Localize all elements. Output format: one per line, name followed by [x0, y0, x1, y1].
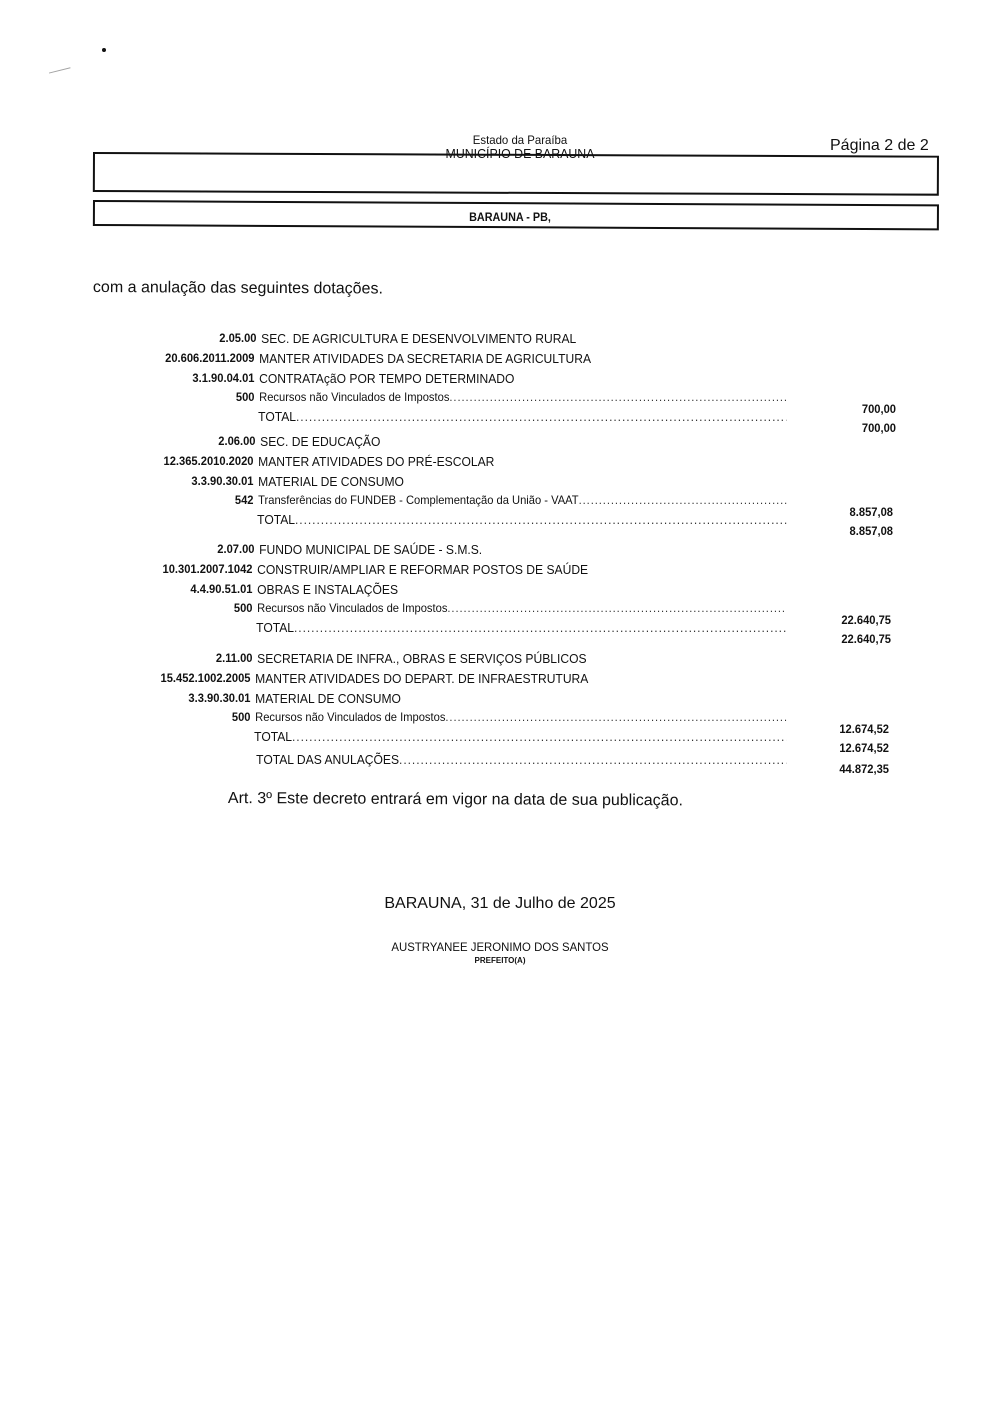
description-text: TOTAL: [257, 512, 295, 527]
action-row: 20.606.2011.2009MANTER ATIVIDADES DA SEC…: [115, 351, 766, 367]
header-location: BARAUNA - PB,: [447, 210, 573, 224]
org-row: 2.06.00SEC. DE EDUCAÇÃO: [116, 434, 767, 450]
description: SEC. DE AGRICULTURA E DESENVOLVIMENTO RU…: [261, 331, 576, 346]
scan-mark: [47, 61, 70, 73]
amount: 22.640,75: [807, 613, 891, 627]
amount: 22.640,75: [807, 632, 891, 646]
description-text: Transferências do FUNDEB - Complementaçã…: [258, 493, 578, 507]
signer-role: PREFEITO(A): [300, 956, 700, 965]
description: TOTAL...................................…: [256, 620, 786, 635]
code: 2.06.00: [116, 434, 256, 448]
total-row: TOTAL...................................…: [112, 620, 763, 636]
description-text: TOTAL: [256, 620, 294, 635]
description-text: SEC. DE AGRICULTURA E DESENVOLVIMENTO RU…: [261, 331, 576, 346]
description-text: MATERIAL DE CONSUMO: [255, 691, 401, 706]
code: 4.4.90.51.01: [113, 582, 253, 596]
amount: 700,00: [812, 402, 896, 416]
code: 2.07.00: [115, 542, 255, 556]
description-text: TOTAL: [258, 409, 296, 424]
dot-leader: ........................................…: [295, 512, 786, 527]
description: MATERIAL DE CONSUMO: [255, 691, 401, 706]
description-text: MANTER ATIVIDADES DA SECRETARIA DE AGRIC…: [259, 351, 591, 366]
source-row: 500Recursos não Vinculados de Impostos..…: [113, 601, 764, 617]
total-row: TOTAL...................................…: [110, 729, 761, 745]
description-text: CONSTRUIR/AMPLIAR E REFORMAR POSTOS DE S…: [257, 562, 588, 577]
header-state: Estado da Paraíba: [387, 134, 653, 146]
description-text: TOTAL: [254, 729, 292, 744]
description-text: CONTRATAçãO POR TEMPO DETERMINADO: [259, 371, 514, 386]
signer-name: AUSTRYANEE JERONIMO DOS SANTOS: [310, 940, 690, 954]
description: FUNDO MUNICIPAL DE SAÚDE - S.M.S.: [259, 542, 482, 557]
amount: 8.857,08: [809, 505, 893, 519]
dot-leader: ........................................…: [449, 390, 786, 404]
dot-leader: ........................................…: [399, 752, 786, 767]
description-text: FUNDO MUNICIPAL DE SAÚDE - S.M.S.: [259, 542, 482, 557]
description: MANTER ATIVIDADES DO DEPART. DE INFRAEST…: [255, 671, 588, 686]
description: MATERIAL DE CONSUMO: [258, 474, 404, 489]
description-text: SEC. DE EDUCAÇÃO: [260, 434, 380, 449]
description: SECRETARIA DE INFRA., OBRAS E SERVIÇOS P…: [257, 651, 586, 666]
code: 12.365.2010.2020: [114, 454, 254, 468]
org-row: 2.07.00FUNDO MUNICIPAL DE SAÚDE - S.M.S.: [115, 542, 766, 558]
code: 3.1.90.04.01: [115, 371, 255, 385]
description: Recursos não Vinculados de Impostos.....…: [257, 601, 786, 615]
org-row: 2.11.00SECRETARIA DE INFRA., OBRAS E SER…: [113, 651, 764, 667]
element-row: 3.1.90.04.01CONTRATAçãO POR TEMPO DETERM…: [115, 371, 766, 387]
source-row: 542Transferências do FUNDEB - Complement…: [114, 493, 765, 509]
code: 2.05.00: [117, 331, 257, 345]
description: CONSTRUIR/AMPLIAR E REFORMAR POSTOS DE S…: [257, 562, 588, 577]
header-box-blank: [93, 152, 939, 196]
description: CONTRATAçãO POR TEMPO DETERMINADO: [259, 371, 514, 386]
source-row: 500Recursos não Vinculados de Impostos..…: [111, 710, 762, 726]
code: 500: [111, 710, 251, 724]
description-text: TOTAL DAS ANULAÇÕES: [256, 752, 399, 767]
element-row: 4.4.90.51.01OBRAS E INSTALAÇÕES: [113, 582, 764, 598]
amount: 12.674,52: [805, 741, 889, 755]
amount: 44.872,35: [805, 762, 889, 776]
element-row: 3.3.90.30.01MATERIAL DE CONSUMO: [114, 474, 765, 490]
action-row: 15.452.1002.2005MANTER ATIVIDADES DO DEP…: [111, 671, 762, 687]
amount: 700,00: [812, 421, 896, 435]
action-row: 12.365.2010.2020MANTER ATIVIDADES DO PRÉ…: [114, 454, 765, 470]
description-text: Recursos não Vinculados de Impostos: [255, 710, 445, 724]
code: 15.452.1002.2005: [111, 671, 251, 685]
page-number: Página 2 de 2: [830, 137, 929, 155]
dot-leader: ........................................…: [296, 409, 786, 424]
code: 500: [113, 601, 253, 615]
description-text: OBRAS E INSTALAÇÕES: [257, 582, 398, 597]
date-line: BARAUNA, 31 de Julho de 2025: [300, 895, 700, 913]
code: 10.301.2007.1042: [113, 562, 253, 576]
dot-leader: ........................................…: [445, 710, 786, 724]
code: 20.606.2011.2009: [115, 351, 255, 365]
description-text: MANTER ATIVIDADES DO DEPART. DE INFRAEST…: [255, 671, 588, 686]
dot-leader: ........................................…: [447, 601, 786, 615]
description: Recursos não Vinculados de Impostos.....…: [255, 710, 786, 724]
code: 500: [115, 390, 255, 404]
description-text: MANTER ATIVIDADES DO PRÉ-ESCOLAR: [258, 454, 494, 469]
code: 542: [114, 493, 254, 507]
description: Transferências do FUNDEB - Complementaçã…: [258, 493, 786, 507]
dot-leader: ........................................…: [579, 493, 786, 507]
description: MANTER ATIVIDADES DO PRÉ-ESCOLAR: [258, 454, 494, 469]
article-text: Art. 3º Este decreto entrará em vigor na…: [228, 790, 683, 810]
source-row: 500Recursos não Vinculados de Impostos..…: [115, 390, 766, 406]
total-row: TOTAL...................................…: [113, 512, 764, 528]
description: Recursos não Vinculados de Impostos.....…: [259, 390, 786, 404]
code: 3.3.90.30.01: [114, 474, 254, 488]
intro-text: com a anulação das seguintes dotações.: [93, 279, 383, 299]
code: 3.3.90.30.01: [111, 691, 251, 705]
description: TOTAL...................................…: [257, 512, 786, 527]
description: MANTER ATIVIDADES DA SECRETARIA DE AGRIC…: [259, 351, 591, 366]
dot-leader: ........................................…: [294, 620, 786, 635]
amount: 12.674,52: [805, 722, 889, 736]
description: TOTAL...................................…: [254, 729, 786, 744]
total-row: TOTAL...................................…: [114, 409, 765, 425]
code: 2.11.00: [113, 651, 253, 665]
action-row: 10.301.2007.1042CONSTRUIR/AMPLIAR E REFO…: [113, 562, 764, 578]
description: TOTAL DAS ANULAÇÕES.....................…: [256, 752, 786, 767]
grand-total-row: TOTAL DAS ANULAÇÕES.....................…: [112, 752, 763, 768]
scan-speck: [102, 48, 106, 52]
description: OBRAS E INSTALAÇÕES: [257, 582, 398, 597]
description-text: Recursos não Vinculados de Impostos: [257, 601, 447, 615]
description-text: SECRETARIA DE INFRA., OBRAS E SERVIÇOS P…: [257, 651, 586, 666]
amount: 8.857,08: [809, 524, 893, 538]
dot-leader: ........................................…: [292, 729, 786, 744]
description: SEC. DE EDUCAÇÃO: [260, 434, 380, 449]
description-text: Recursos não Vinculados de Impostos: [259, 390, 449, 404]
description: TOTAL...................................…: [258, 409, 786, 424]
org-row: 2.05.00SEC. DE AGRICULTURA E DESENVOLVIM…: [117, 331, 768, 347]
element-row: 3.3.90.30.01MATERIAL DE CONSUMO: [111, 691, 762, 707]
description-text: MATERIAL DE CONSUMO: [258, 474, 404, 489]
